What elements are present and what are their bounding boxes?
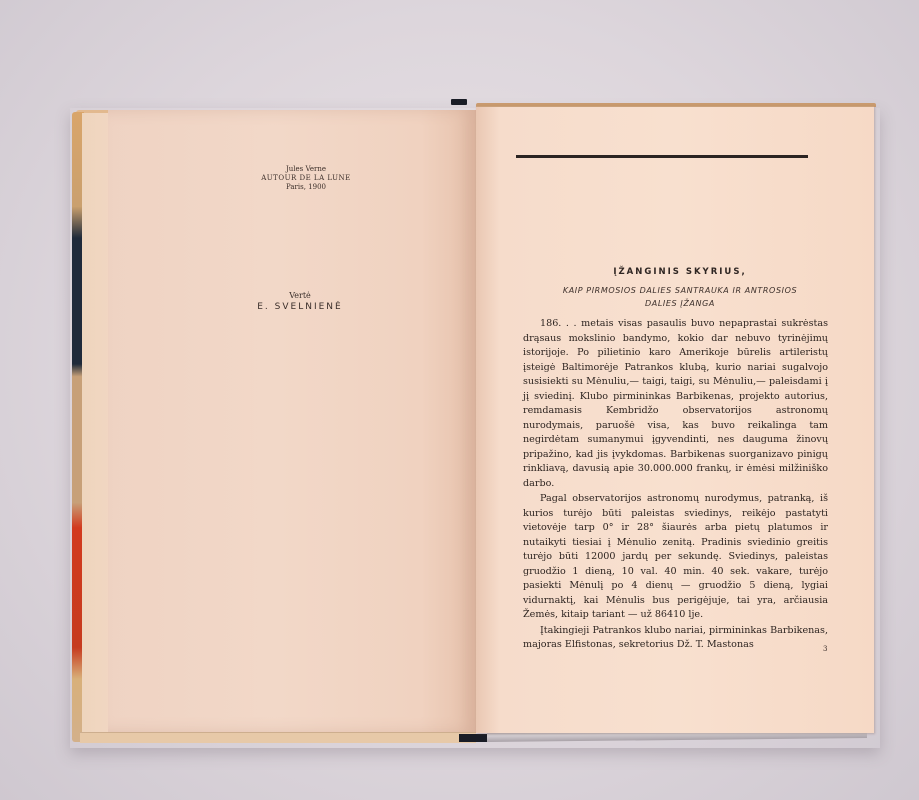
original-edition: Paris, 1900 (236, 183, 376, 192)
chapter-title: ĮŽANGINIS SKYRIUS, (500, 267, 860, 277)
paragraph: Įtakingieji Patrankos klubo nariai, pirm… (523, 624, 828, 653)
original-credits: Jules Verne AUTOUR DE LA LUNE Paris, 190… (236, 165, 376, 192)
translator-label: Vertė (220, 290, 380, 301)
page-number: 3 (823, 645, 827, 653)
chapter-subtitle-line: DALIES ĮŽANGA (520, 297, 840, 310)
spine-top-tab (451, 99, 467, 105)
left-page (108, 110, 476, 732)
original-title: AUTOUR DE LA LUNE (236, 174, 376, 183)
endpaper-strip (82, 113, 111, 733)
header-rule (516, 155, 808, 158)
photo-scene: Jules Verne AUTOUR DE LA LUNE Paris, 190… (0, 0, 919, 800)
translator-credit: Vertė E. SVELNIENĖ (220, 290, 380, 313)
paragraph: Pagal observatorijos astronomų nurodymus… (523, 492, 828, 623)
left-page-bottom-edge (80, 732, 476, 743)
chapter-body: 186. . . metais visas pasaulis buvo nepa… (523, 317, 828, 653)
original-author: Jules Verne (236, 165, 376, 174)
paragraph: 186. . . metais visas pasaulis buvo nepa… (523, 317, 828, 491)
translator-name: E. SVELNIENĖ (220, 301, 380, 313)
chapter-subtitle-line: KAIP PIRMOSIOS DALIES SANTRAUKA IR ANTRO… (520, 284, 840, 297)
chapter-subtitle: KAIP PIRMOSIOS DALIES SANTRAUKA IR ANTRO… (520, 284, 840, 310)
spine-bottom-tab (459, 734, 487, 742)
